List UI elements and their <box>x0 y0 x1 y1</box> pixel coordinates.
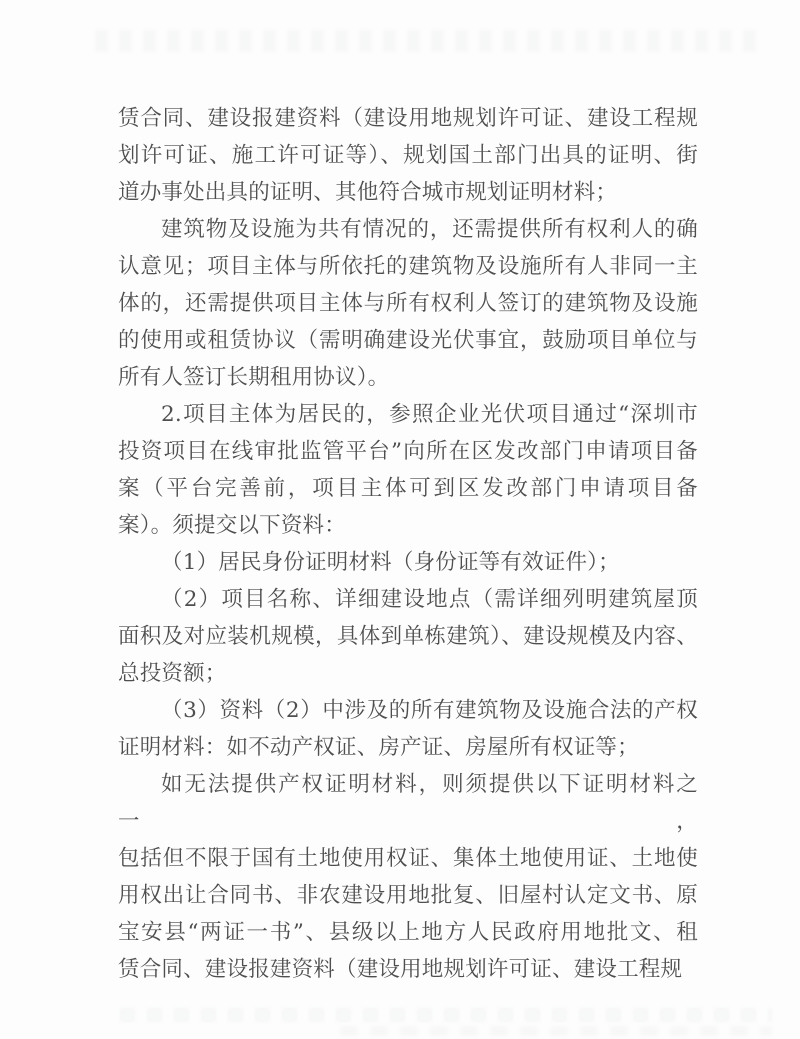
text-line: 总投资额； <box>118 655 698 692</box>
document-page: 赁合同、建设报建资料（建设用地规划许可证、建设工程规划许可证、施工许可证等）、规… <box>0 0 800 1039</box>
text-line: 如无法提供产权证明材料，则须提供以下证明材料之一， <box>118 766 698 840</box>
paragraph: （1）居民身份证明材料（身份证等有效证件）； <box>118 544 698 581</box>
text-line: 认意见；项目主体与所依托的建筑物及设施所有人非同一主 <box>118 248 698 285</box>
text-line: 案）。须提交以下资料： <box>118 507 698 544</box>
text-line: 道办事处出具的证明、其他符合城市规划证明材料； <box>118 174 698 211</box>
text-line: 证明材料：如不动产权证、房产证、房屋所有权证等； <box>118 729 698 766</box>
paragraph: （3）资料（2）中涉及的所有建筑物及设施合法的产权证明材料：如不动产权证、房产证… <box>118 692 698 766</box>
paragraph: 赁合同、建设报建资料（建设用地规划许可证、建设工程规划许可证、施工许可证等）、规… <box>118 100 698 211</box>
text-line: （1）居民身份证明材料（身份证等有效证件）； <box>118 544 698 581</box>
text-line: 包括但不限于国有土地使用权证、集体土地使用证、土地使 <box>118 840 698 877</box>
text-line: 划许可证、施工许可证等）、规划国土部门出具的证明、街 <box>118 137 698 174</box>
scan-artifact-bottom <box>340 1026 772 1036</box>
scan-artifact-bottom <box>120 1008 772 1022</box>
text-line: 案（平台完善前，项目主体可到区发改部门申请项目备 <box>118 470 698 507</box>
text-line: 的使用或租赁协议（需明确建设光伏事宜，鼓励项目单位与 <box>118 322 698 359</box>
text-line: 建筑物及设施为共有情况的，还需提供所有权利人的确 <box>118 211 698 248</box>
text-line: （2）项目名称、详细建设地点（需详细列明建筑屋顶 <box>118 581 698 618</box>
paragraph: 2.项目主体为居民的，参照企业光伏项目通过“深圳市投资项目在线审批监管平台”向所… <box>118 396 698 544</box>
text-line: 体的，还需提供项目主体与所有权利人签订的建筑物及设施 <box>118 285 698 322</box>
text-line: 投资项目在线审批监管平台”向所在区发改部门申请项目备 <box>118 433 698 470</box>
text-line: 所有人签订长期租用协议）。 <box>118 359 698 396</box>
text-line: 宝安县“两证一书”、县级以上地方人民政府用地批文、租 <box>118 914 698 951</box>
text-line: （3）资料（2）中涉及的所有建筑物及设施合法的产权 <box>118 692 698 729</box>
text-line: 赁合同、建设报建资料（建设用地规划许可证、建设工程规 <box>118 100 698 137</box>
text-line: 赁合同、建设报建资料（建设用地规划许可证、建设工程规 <box>118 951 698 988</box>
text-line: 面积及对应装机规模，具体到单栋建筑）、建设规模及内容、 <box>118 618 698 655</box>
paragraph: （2）项目名称、详细建设地点（需详细列明建筑屋顶面积及对应装机规模，具体到单栋建… <box>118 581 698 692</box>
text-line: 用权出让合同书、非农建设用地批复、旧屋村认定文书、原 <box>118 877 698 914</box>
scan-artifact-top <box>95 30 765 52</box>
document-text-block: 赁合同、建设报建资料（建设用地规划许可证、建设工程规划许可证、施工许可证等）、规… <box>118 100 698 988</box>
paragraph: 如无法提供产权证明材料，则须提供以下证明材料之一，包括但不限于国有土地使用权证、… <box>118 766 698 988</box>
text-line: 2.项目主体为居民的，参照企业光伏项目通过“深圳市 <box>118 396 698 433</box>
paragraph: 建筑物及设施为共有情况的，还需提供所有权利人的确认意见；项目主体与所依托的建筑物… <box>118 211 698 396</box>
